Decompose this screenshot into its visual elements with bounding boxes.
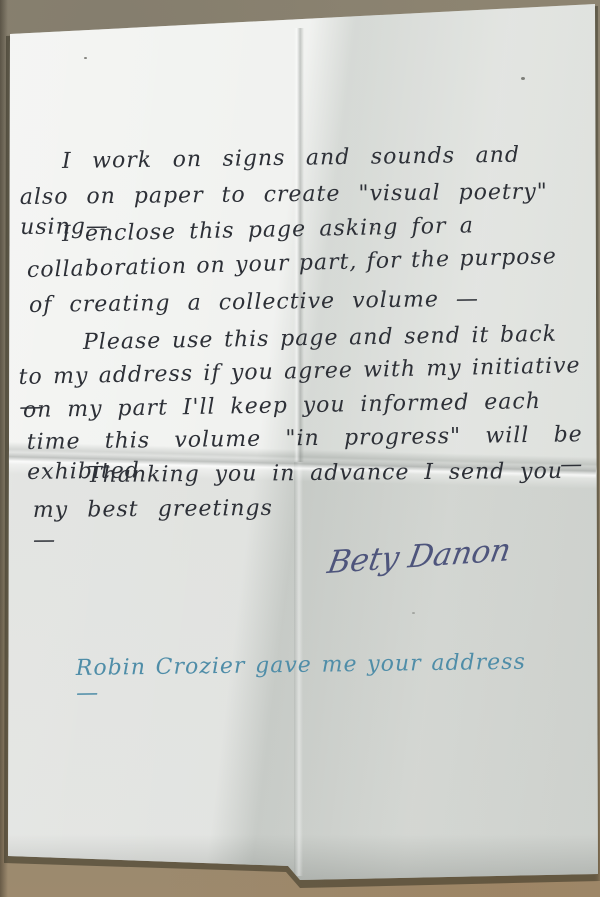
letter-line: of creating a collective volume — — [29, 285, 479, 321]
dust-speck — [84, 57, 87, 59]
signature: Bety Danon — [325, 532, 514, 581]
letter-line: Thanking you in advance I send you — [87, 457, 563, 491]
letter-photo: I work on signs and sounds and also on p… — [0, 0, 600, 897]
letter-paper: I work on signs and sounds and also on p… — [0, 0, 600, 897]
dust-speck — [412, 612, 415, 614]
dust-speck — [373, 228, 375, 230]
letter-line: I work on signs and sounds and — [62, 141, 520, 177]
letter-line: my best greetings — — [33, 494, 274, 556]
dust-speck — [521, 77, 525, 80]
postscript-line: Robin Crozier gave me your address — — [76, 650, 527, 706]
